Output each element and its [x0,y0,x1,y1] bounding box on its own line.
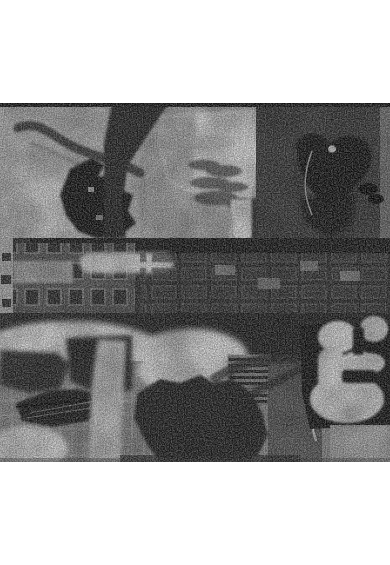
collage-artwork-image: Grainy black-and-white photocopied colla… [0,103,390,462]
collage-canvas [0,103,390,462]
page-background: Grainy black-and-white photocopied colla… [0,0,390,565]
light-grain [0,103,390,462]
